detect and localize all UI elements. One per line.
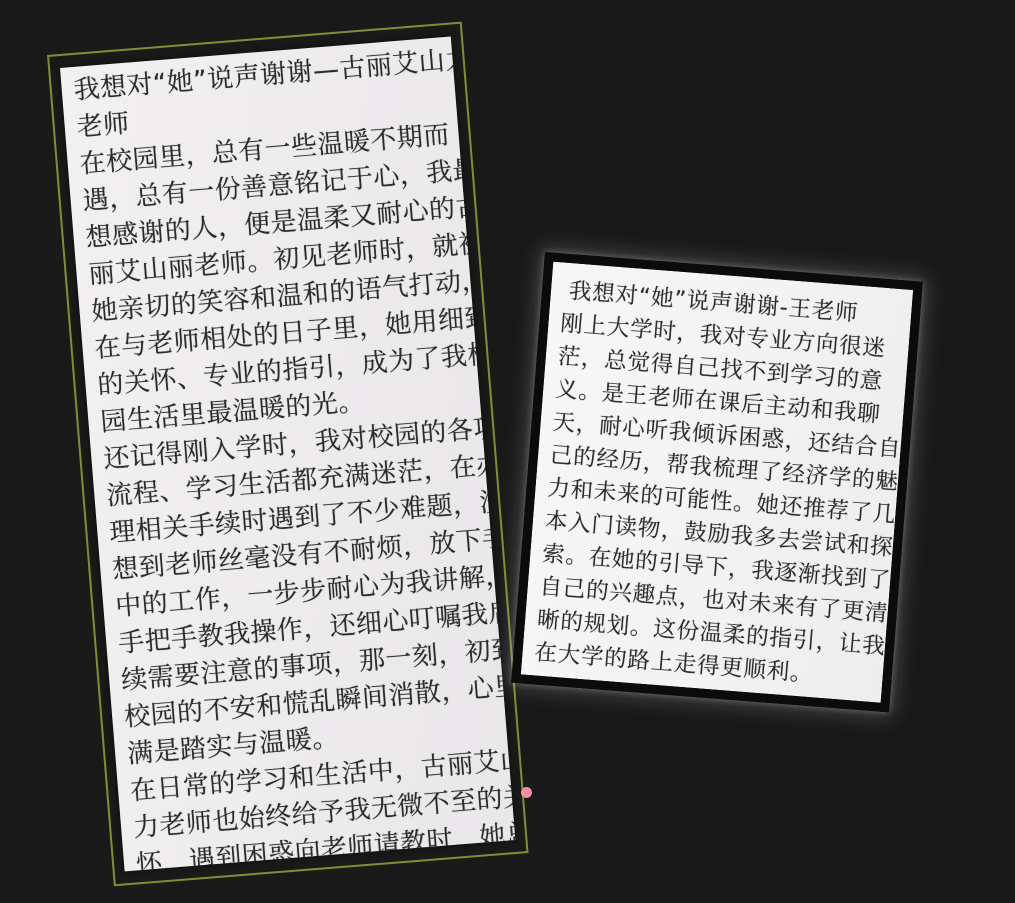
pink-dot-marker [521, 787, 532, 798]
dark-background-stage: 我想对“她”说声谢谢—古丽艾山力老师在校园里，总有一些温暖不期而遇，总有一份善意… [0, 0, 1015, 903]
right-note-paper: 我想对“她”说声谢谢-王老师刚上大学时，我对专业方向很迷茫，总觉得自己找不到学习… [511, 252, 923, 712]
left-note-paper: 我想对“她”说声谢谢—古丽艾山力老师在校园里，总有一些温暖不期而遇，总有一份善意… [60, 37, 515, 872]
